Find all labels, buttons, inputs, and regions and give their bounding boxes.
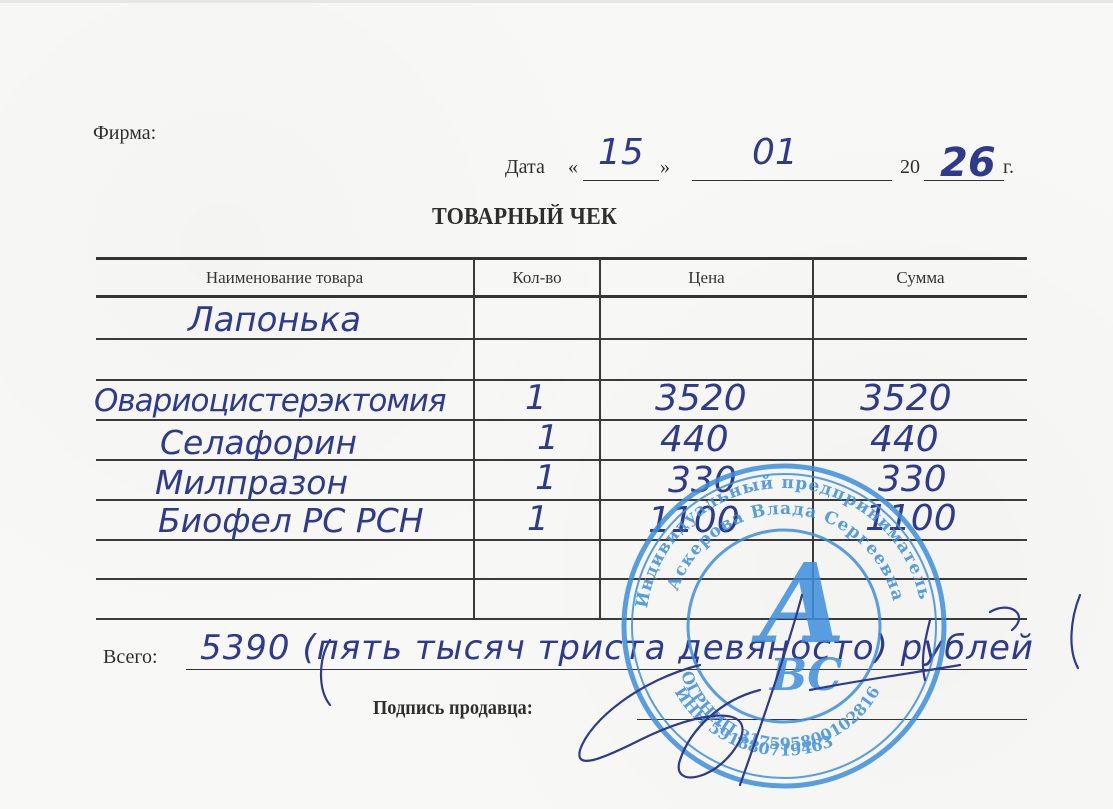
table-row-qty: 1 (537, 418, 559, 458)
table-row-price: 1100 (648, 500, 740, 541)
date-month: 01 (752, 132, 798, 173)
table-header-border (96, 295, 1027, 298)
table-row-price: 330 (668, 460, 737, 501)
table-top-border (96, 257, 1027, 260)
firm-label: Фирма: (93, 122, 156, 145)
column-header-qty: Кол-во (475, 268, 599, 288)
total-label: Всего: (103, 646, 158, 669)
date-year-suffix: г. (1003, 156, 1014, 179)
table-column-divider (599, 258, 601, 620)
date-open-quote: « (568, 156, 578, 179)
table-row-qty: 1 (525, 378, 547, 418)
table-column-divider (812, 258, 814, 620)
table-row-qty: 1 (535, 458, 557, 498)
date-close-quote: » (660, 156, 670, 179)
date-label: Дата (505, 156, 545, 179)
table-row-name: Овариоцистерэктомия (94, 383, 446, 419)
table-row-sum: 3520 (860, 378, 952, 419)
table-row-name: Биофел PC PCH (158, 501, 424, 540)
table-row-price: 440 (660, 419, 729, 460)
column-header-sum: Сумма (814, 268, 1027, 288)
table-column-divider (473, 258, 475, 620)
table-row-name: Лапонька (188, 300, 361, 340)
column-header-price: Цена (601, 268, 812, 288)
month-underline (692, 180, 892, 181)
table-row-name: Селафорин (160, 423, 357, 462)
column-header-name: Наименование товара (96, 268, 473, 288)
table-row-sum: 440 (870, 419, 939, 460)
total-underline (186, 669, 1027, 670)
table-row-name: Милпразон (155, 463, 348, 502)
table-row-price: 3520 (655, 378, 747, 419)
table-row-qty: 1 (527, 499, 549, 539)
table-bottom-border (96, 618, 1027, 620)
date-year: 26 (940, 140, 996, 186)
day-underline (583, 180, 659, 181)
total-value: 5390 (пять тысяч триста девяносто) рубле… (200, 628, 1034, 668)
seller-signature-label: Подпись продавца: (373, 697, 533, 720)
signature-underline (637, 719, 1027, 720)
document-title: ТОВАРНЫЙ ЧЕК (432, 204, 617, 231)
table-row-line (96, 578, 1027, 580)
table-row-sum: 330 (878, 459, 947, 500)
table-row-sum: 1100 (865, 498, 957, 539)
date-century: 20 (900, 156, 920, 179)
date-day: 15 (598, 132, 644, 173)
